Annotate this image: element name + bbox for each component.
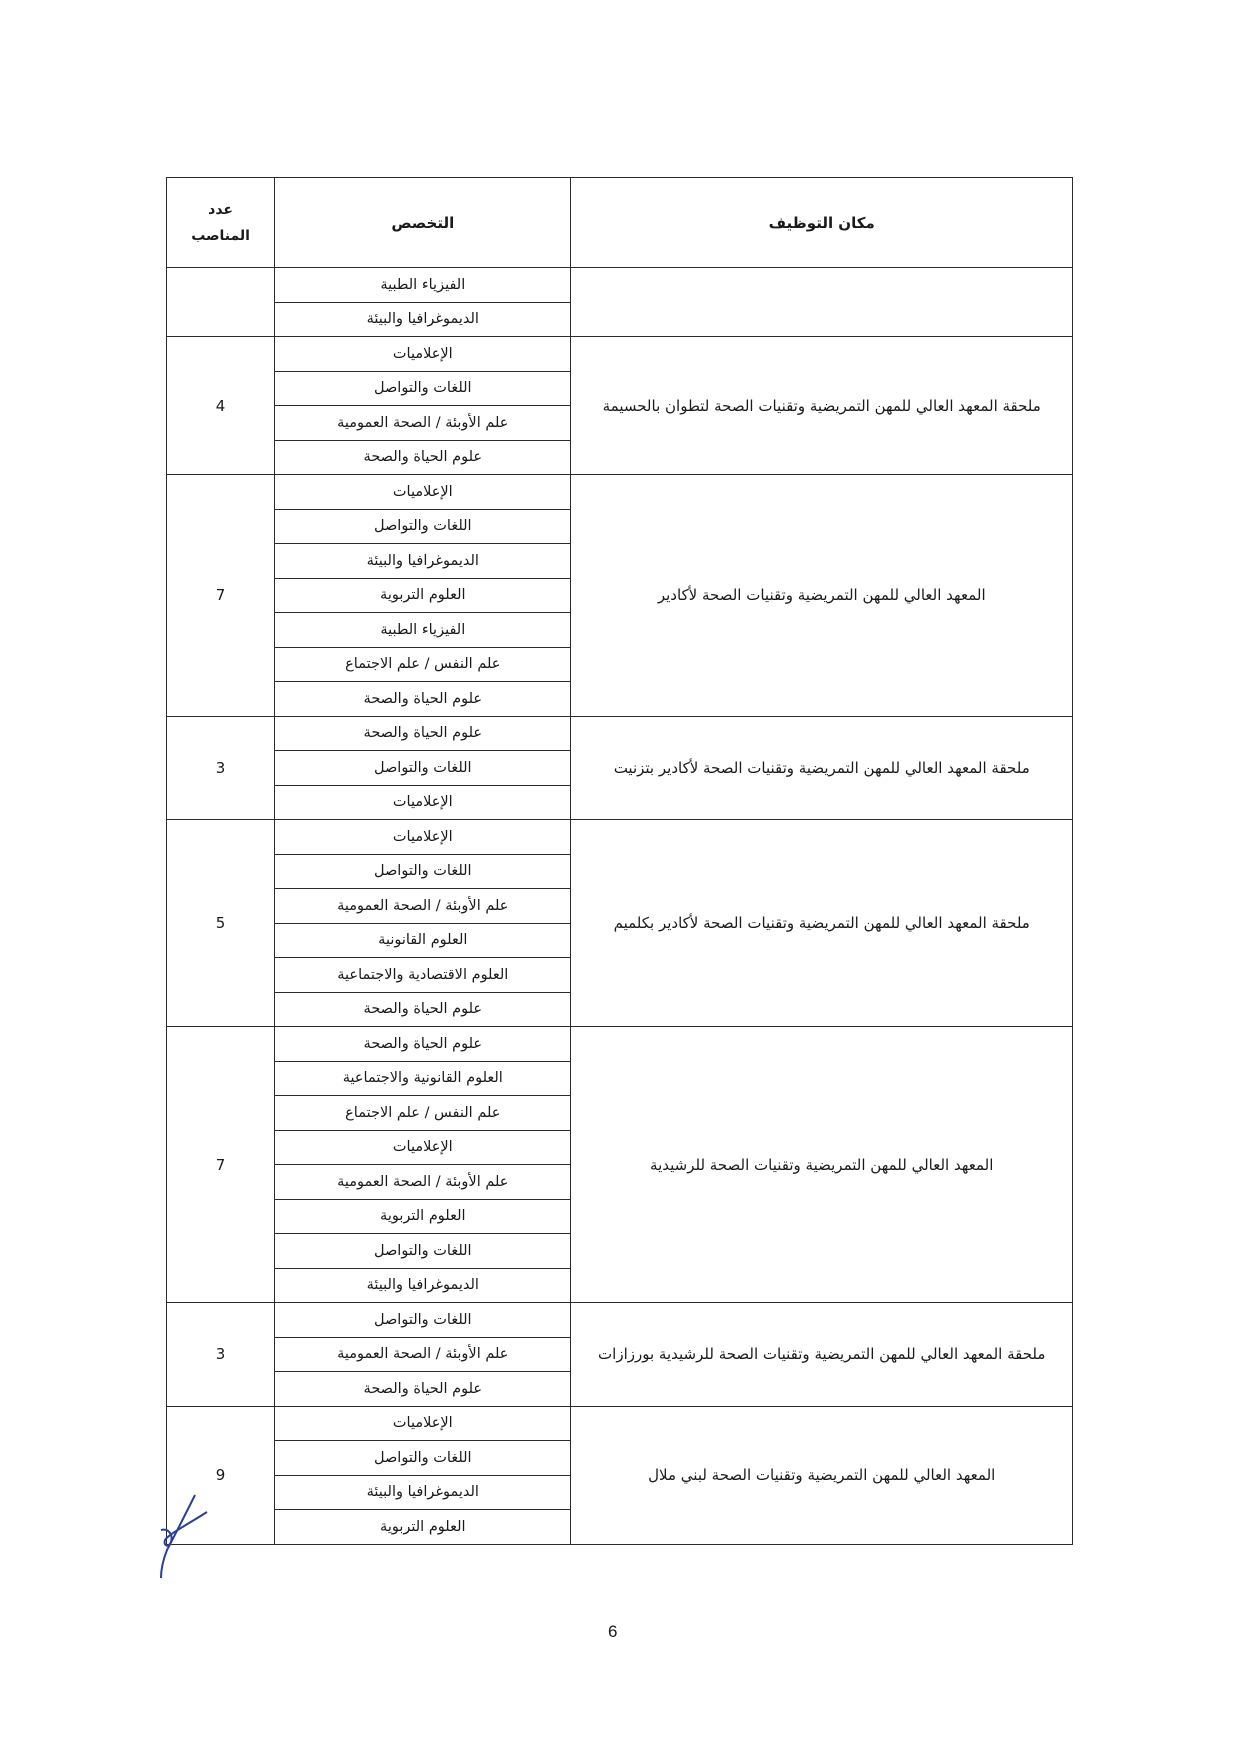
specialty-cell: علم الأوبئة / الصحة العمومية	[275, 1165, 571, 1200]
specialty-cell: علوم الحياة والصحة	[275, 716, 571, 751]
positions-count: 3	[167, 716, 275, 820]
specialty-cell: اللغات والتواصل	[275, 509, 571, 544]
specialty-cell: علوم الحياة والصحة	[275, 1372, 571, 1407]
specialty-cell: اللغات والتواصل	[275, 1234, 571, 1269]
positions-count: 5	[167, 820, 275, 1027]
specialty-cell: العلوم التربوية	[275, 1510, 571, 1545]
specialty-cell: الإعلاميات	[275, 1406, 571, 1441]
table-row: ملحقة المعهد العالي للمهن التمريضية وتقن…	[167, 820, 1073, 855]
specialty-cell: العلوم القانونية والاجتماعية	[275, 1061, 571, 1096]
positions-count	[167, 268, 275, 337]
specialty-cell: الديموغرافيا والبيئة	[275, 1268, 571, 1303]
page-number: 6	[608, 1622, 617, 1642]
employment-place: ملحقة المعهد العالي للمهن التمريضية وتقن…	[571, 820, 1073, 1027]
specialty-cell: الفيزياء الطبية	[275, 613, 571, 648]
specialty-cell: الإعلاميات	[275, 820, 571, 855]
table-row: المعهد العالي للمهن التمريضية وتقنيات ال…	[167, 475, 1073, 510]
header-specialty: التخصص	[275, 178, 571, 268]
table-row: الفيزياء الطبية	[167, 268, 1073, 303]
specialty-cell: علم الأوبئة / الصحة العمومية	[275, 889, 571, 924]
specialty-cell: الإعلاميات	[275, 337, 571, 372]
table-row: ملحقة المعهد العالي للمهن التمريضية وتقن…	[167, 716, 1073, 751]
specialty-cell: علم النفس / علم الاجتماع	[275, 647, 571, 682]
employment-place: المعهد العالي للمهن التمريضية وتقنيات ال…	[571, 1027, 1073, 1303]
specialty-cell: الديموغرافيا والبيئة	[275, 302, 571, 337]
specialty-cell: اللغات والتواصل	[275, 854, 571, 889]
specialty-cell: العلوم التربوية	[275, 1199, 571, 1234]
table-row: المعهد العالي للمهن التمريضية وتقنيات ال…	[167, 1406, 1073, 1441]
specialty-cell: علوم الحياة والصحة	[275, 682, 571, 717]
table-header-row: مكان التوظيف التخصص عدد المناصب	[167, 178, 1073, 268]
specialty-cell: العلوم القانونية	[275, 923, 571, 958]
employment-place: ملحقة المعهد العالي للمهن التمريضية وتقن…	[571, 1303, 1073, 1407]
specialty-cell: علم الأوبئة / الصحة العمومية	[275, 1337, 571, 1372]
specialty-cell: اللغات والتواصل	[275, 1441, 571, 1476]
employment-place	[571, 268, 1073, 337]
signature-icon	[155, 1490, 215, 1580]
document-page: مكان التوظيف التخصص عدد المناصب الفيزياء…	[0, 0, 1238, 1750]
table-row: ملحقة المعهد العالي للمهن التمريضية وتقن…	[167, 1303, 1073, 1338]
specialty-cell: العلوم التربوية	[275, 578, 571, 613]
specialty-cell: علم النفس / علم الاجتماع	[275, 1096, 571, 1131]
positions-table: مكان التوظيف التخصص عدد المناصب الفيزياء…	[166, 177, 1073, 1545]
positions-count: 4	[167, 337, 275, 475]
employment-place: ملحقة المعهد العالي للمهن التمريضية وتقن…	[571, 337, 1073, 475]
positions-count: 3	[167, 1303, 275, 1407]
specialty-cell: علوم الحياة والصحة	[275, 992, 571, 1027]
specialty-cell: الإعلاميات	[275, 785, 571, 820]
employment-place: المعهد العالي للمهن التمريضية وتقنيات ال…	[571, 1406, 1073, 1544]
specialty-cell: اللغات والتواصل	[275, 371, 571, 406]
header-count-line1: عدد	[167, 197, 274, 223]
specialty-cell: اللغات والتواصل	[275, 1303, 571, 1338]
positions-count: 7	[167, 475, 275, 717]
table-row: ملحقة المعهد العالي للمهن التمريضية وتقن…	[167, 337, 1073, 372]
positions-count: 7	[167, 1027, 275, 1303]
specialty-cell: الديموغرافيا والبيئة	[275, 544, 571, 579]
specialty-cell: العلوم الاقتصادية والاجتماعية	[275, 958, 571, 993]
employment-place: ملحقة المعهد العالي للمهن التمريضية وتقن…	[571, 716, 1073, 820]
specialty-cell: الديموغرافيا والبيئة	[275, 1475, 571, 1510]
specialty-cell: الإعلاميات	[275, 475, 571, 510]
specialty-cell: علوم الحياة والصحة	[275, 440, 571, 475]
table-row: المعهد العالي للمهن التمريضية وتقنيات ال…	[167, 1027, 1073, 1062]
specialty-cell: علم الأوبئة / الصحة العمومية	[275, 406, 571, 441]
specialty-cell: الإعلاميات	[275, 1130, 571, 1165]
specialty-cell: الفيزياء الطبية	[275, 268, 571, 303]
specialty-cell: علوم الحياة والصحة	[275, 1027, 571, 1062]
header-place: مكان التوظيف	[571, 178, 1073, 268]
header-count-line2: المناصب	[167, 223, 274, 249]
header-count: عدد المناصب	[167, 178, 275, 268]
specialty-cell: اللغات والتواصل	[275, 751, 571, 786]
table-body: الفيزياء الطبيةالديموغرافيا والبيئةملحقة…	[167, 268, 1073, 1545]
employment-place: المعهد العالي للمهن التمريضية وتقنيات ال…	[571, 475, 1073, 717]
